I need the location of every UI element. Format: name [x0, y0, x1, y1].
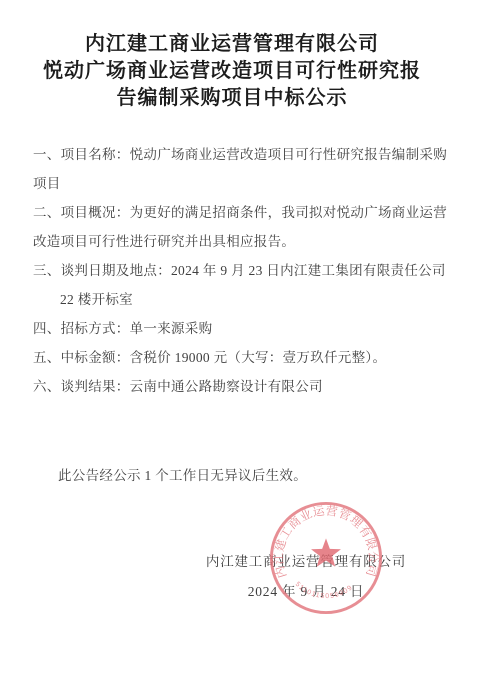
signature-company: 内江建工商业运营管理有限公司 [199, 547, 413, 577]
section-procurement-method: 四、招标方式：单一来源采购 [33, 314, 452, 343]
title-line-project-1: 悦动广场商业运营改造项目可行性研究报 [0, 58, 464, 85]
signature-date: 2024 年 9 月 24 日 [199, 577, 413, 607]
title-line-company: 内江建工商业运营管理有限公司 [0, 31, 464, 58]
title-line-project-2: 告编制采购项目中标公示 [0, 85, 464, 112]
section-project-overview-line-2: 改造项目可行性进行研究并出具相应报告。 [33, 227, 452, 256]
section-project-name-line-1: 一、项目名称：悦动广场商业运营改造项目可行性研究报告编制采购 [33, 140, 452, 169]
signature-block: 内江建工商业运营管理有限公司 2024 年 9 月 24 日 [199, 547, 413, 607]
announcement-page: 内江建工商业运营管理有限公司 悦动广场商业运营改造项目可行性研究报 告编制采购项… [0, 0, 482, 681]
section-negotiation-date-venue-line-1: 三、谈判日期及地点：2024 年 9 月 23 日内江建工集团有限责任公司 [33, 256, 452, 285]
closing-note: 此公告经公示 1 个工作日无异议后生效。 [58, 461, 307, 490]
section-negotiation-date-venue-line-2: 22 楼开标室 [33, 285, 452, 314]
section-award-amount: 五、中标金额：含税价 19000 元（大写：壹万玖仟元整）。 [33, 343, 452, 372]
section-project-name-line-2: 项目 [33, 169, 452, 198]
page-title: 内江建工商业运营管理有限公司 悦动广场商业运营改造项目可行性研究报 告编制采购项… [0, 31, 464, 112]
announcement-body: 一、项目名称：悦动广场商业运营改造项目可行性研究报告编制采购 项目 二、项目概况… [33, 140, 452, 401]
section-project-overview-line-1: 二、项目概况：为更好的满足招商条件，我司拟对悦动广场商业运营 [33, 198, 452, 227]
section-negotiation-result: 六、谈判结果：云南中通公路勘察设计有限公司 [33, 372, 452, 401]
